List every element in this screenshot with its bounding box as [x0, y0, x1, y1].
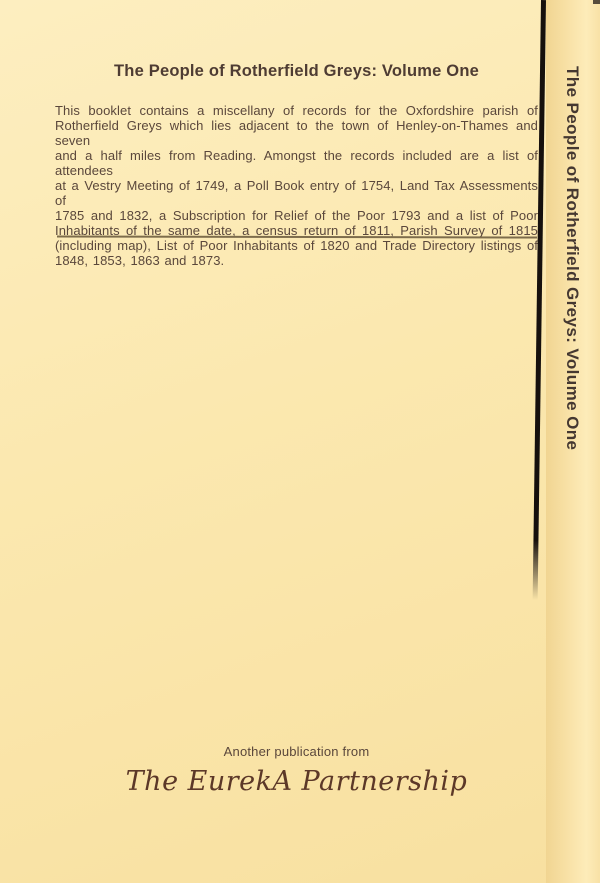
- description-line: 1848, 1853, 1863 and 1873.: [55, 253, 538, 268]
- description-line: 1785 and 1832, a Subscription for Relief…: [55, 208, 538, 223]
- publication-note: Another publication from: [55, 744, 538, 759]
- publisher-name: The EurekA Partnership: [55, 766, 538, 797]
- description-line: Rotherfield Greys which lies adjacent to…: [55, 118, 538, 148]
- description-line: This booklet contains a miscellany of re…: [55, 103, 538, 118]
- description-line: (including map), List of Poor Inhabitant…: [55, 238, 538, 253]
- cover-description: This booklet contains a miscellany of re…: [55, 103, 538, 268]
- book-back-cover: The People of Rotherfield Greys: Volume …: [0, 0, 600, 883]
- spine-title: The People of Rotherfield Greys: Volume …: [562, 66, 582, 450]
- description-line: at a Vestry Meeting of 1749, a Poll Book…: [55, 178, 538, 208]
- cover-main-area: The People of Rotherfield Greys: Volume …: [0, 0, 541, 883]
- cover-title: The People of Rotherfield Greys: Volume …: [55, 62, 538, 81]
- description-line: and a half miles from Reading. Amongst t…: [55, 148, 538, 178]
- scan-artifact: [593, 0, 600, 4]
